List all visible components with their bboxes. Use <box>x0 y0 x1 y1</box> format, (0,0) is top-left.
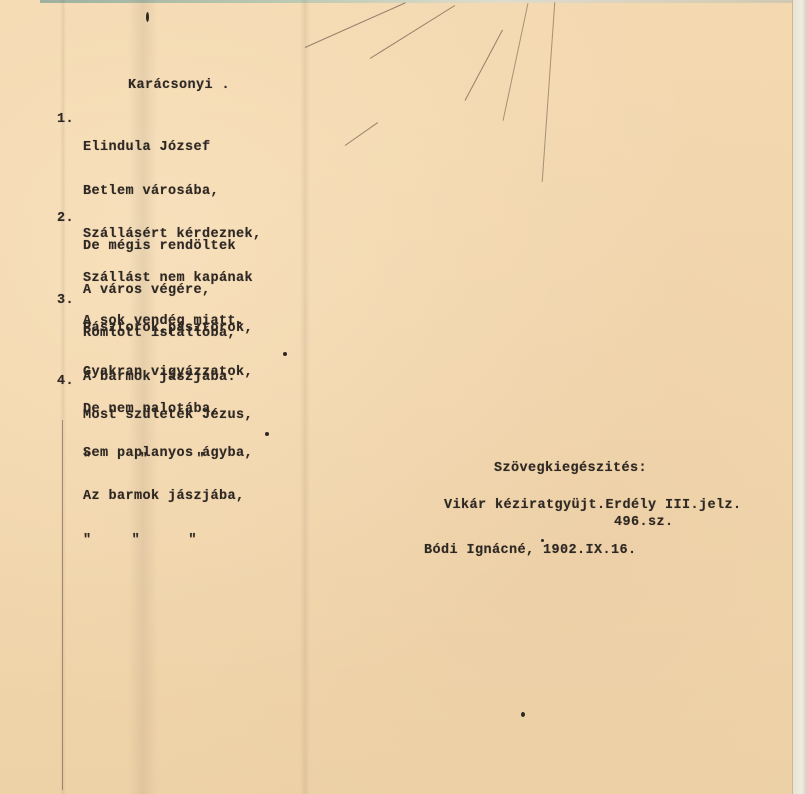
song-title: Karácsonyi . <box>128 79 230 93</box>
stanza-number: 1. <box>57 113 74 127</box>
page-right-edge <box>792 0 807 794</box>
pencil-line <box>542 2 556 182</box>
verse-line: Elindula József <box>83 141 262 157</box>
stanza-number: 2. <box>57 212 74 226</box>
pencil-mark <box>305 2 406 48</box>
ink-speck <box>521 712 525 717</box>
verse-line: Pásztorok,pásztorok, <box>83 322 253 338</box>
pencil-mark <box>465 30 503 101</box>
ink-dot <box>265 432 269 436</box>
source-informant-date: Bódi Ignácné, 1902.IX.16. <box>424 544 637 558</box>
stanza-lines: De nem palotába, Sem paplanyos ágyba, Az… <box>83 375 253 572</box>
verse-line: De nem palotába, <box>83 403 253 419</box>
ditto-marks: " " " <box>83 534 253 544</box>
verse-line: Az barmok jászjába, <box>83 490 253 506</box>
verse-line: Betlem városába, <box>83 185 262 201</box>
verse-line: De mégis rendöltek <box>83 240 236 256</box>
paper-fold <box>300 0 310 794</box>
verse-line: Sem paplanyos ágyba, <box>83 447 253 463</box>
source-collection: Vikár kéziratgyüjt.Erdély III.jelz. <box>444 499 742 513</box>
source-heading: Szövegkiegészités: <box>494 462 647 476</box>
stanza-number: 3. <box>57 294 74 308</box>
pencil-mark <box>345 122 378 146</box>
pencil-line <box>503 3 529 121</box>
source-number: 496.sz. <box>614 516 674 530</box>
ink-dot <box>283 352 287 356</box>
typewritten-page: Karácsonyi . 1. Elindula József Betlem v… <box>0 0 807 794</box>
stanza-number: 4. <box>57 375 74 389</box>
ink-speck <box>541 539 544 542</box>
ink-speck <box>146 12 149 22</box>
pencil-line <box>62 420 63 790</box>
